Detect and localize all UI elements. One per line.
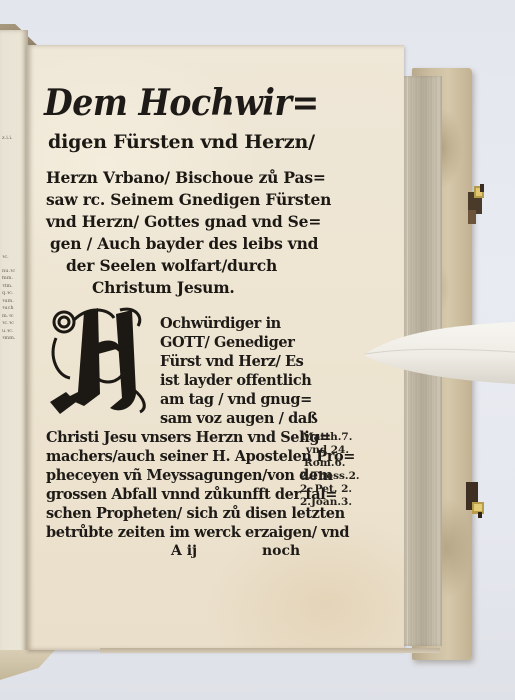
body-line: ist layder offentlich	[160, 371, 311, 390]
signature-mark: A ij	[171, 543, 197, 559]
verso-text: z.i.i.	[2, 135, 24, 143]
page-title: Dem Hochwir=	[44, 83, 291, 123]
dedication-line: digen Fürsten vnd Herzn/	[48, 132, 315, 152]
verso-line: q.ꝛc.	[2, 290, 24, 298]
page-bottom-edge	[100, 648, 440, 653]
verso-line: ꝛum.	[2, 298, 24, 306]
bone-folder-icon	[363, 318, 515, 384]
body-line: Christi Jesu vnsers Herzn vnd Selig=	[46, 428, 331, 447]
dedication-line: vnd Herzn/ Gottes gnad vnd Se=	[46, 212, 321, 232]
dedication-line: gen / Auch bayder des leibs vnd	[50, 234, 318, 254]
body-line: grossen Abfall vnnd zůkunfft der fal=	[46, 485, 337, 504]
verso-line: ꝛtm.	[2, 283, 24, 291]
verso-line: ꝛuch	[2, 305, 24, 313]
marginal-note: 2.Joan.3.	[300, 496, 352, 509]
dedication-line: Christum Jesum.	[92, 278, 235, 298]
decorated-initial-h-icon	[48, 298, 156, 416]
front-cover-bottom	[0, 650, 55, 680]
marginal-note: 2. Pet. 2.	[300, 483, 352, 496]
upper-clasp-icon	[466, 182, 488, 226]
verso-line: ꝛc.	[2, 254, 24, 262]
marginal-note: 2.Thess.2.	[300, 470, 360, 483]
verso-line: u.ꝛc.	[2, 328, 24, 336]
verso-page	[0, 30, 28, 660]
verso-text-block: ꝛc. nu.ꝛc ͣmm. ꝛtm. q.ꝛc. ꝛum. ꝛuch m.ꝛc…	[2, 254, 24, 343]
verso-line: nu.ꝛc	[2, 268, 24, 276]
verso-line: z.i.i.	[2, 135, 24, 143]
body-line: betrůbte zeiten im werck erzaigen/ vnd	[46, 523, 349, 542]
marginal-note: vnd 24.	[306, 444, 349, 457]
lower-clasp-icon	[464, 478, 486, 522]
body-line: pheceyen vñ Meyssagungen/von dem	[46, 466, 333, 485]
catchword: noch	[262, 543, 300, 559]
verso-line: ꝛmm.	[2, 335, 24, 343]
dedication-line: Herzn Vrbano/ Bischoue zů Pas=	[46, 168, 326, 188]
body-line: am tag / vnd gnug=	[160, 390, 312, 409]
book-photo: z.i.i. ꝛc. nu.ꝛc ͣmm. ꝛtm. q.ꝛc. ꝛum. ꝛu…	[0, 0, 515, 700]
marginal-note: Rom.6.	[304, 457, 345, 470]
dedication-line: saw rc. Seinem Gnedigen Fürsten	[46, 190, 331, 210]
marginal-note: Matth.7.	[302, 431, 352, 444]
dedication-line: der Seelen wolfart/durch	[66, 256, 277, 276]
verso-line: ͣmm.	[2, 275, 24, 283]
body-line: Fürst vnd Herz/ Es	[160, 352, 303, 371]
body-line: sam voz augen / daß	[160, 409, 318, 428]
verso-line: ꝛc.ꝛc	[2, 320, 24, 328]
body-line: Ochwürdiger in	[160, 314, 281, 333]
body-line: GOTT/ Genediger	[160, 333, 294, 352]
verso-line: m.ꝛc	[2, 313, 24, 321]
